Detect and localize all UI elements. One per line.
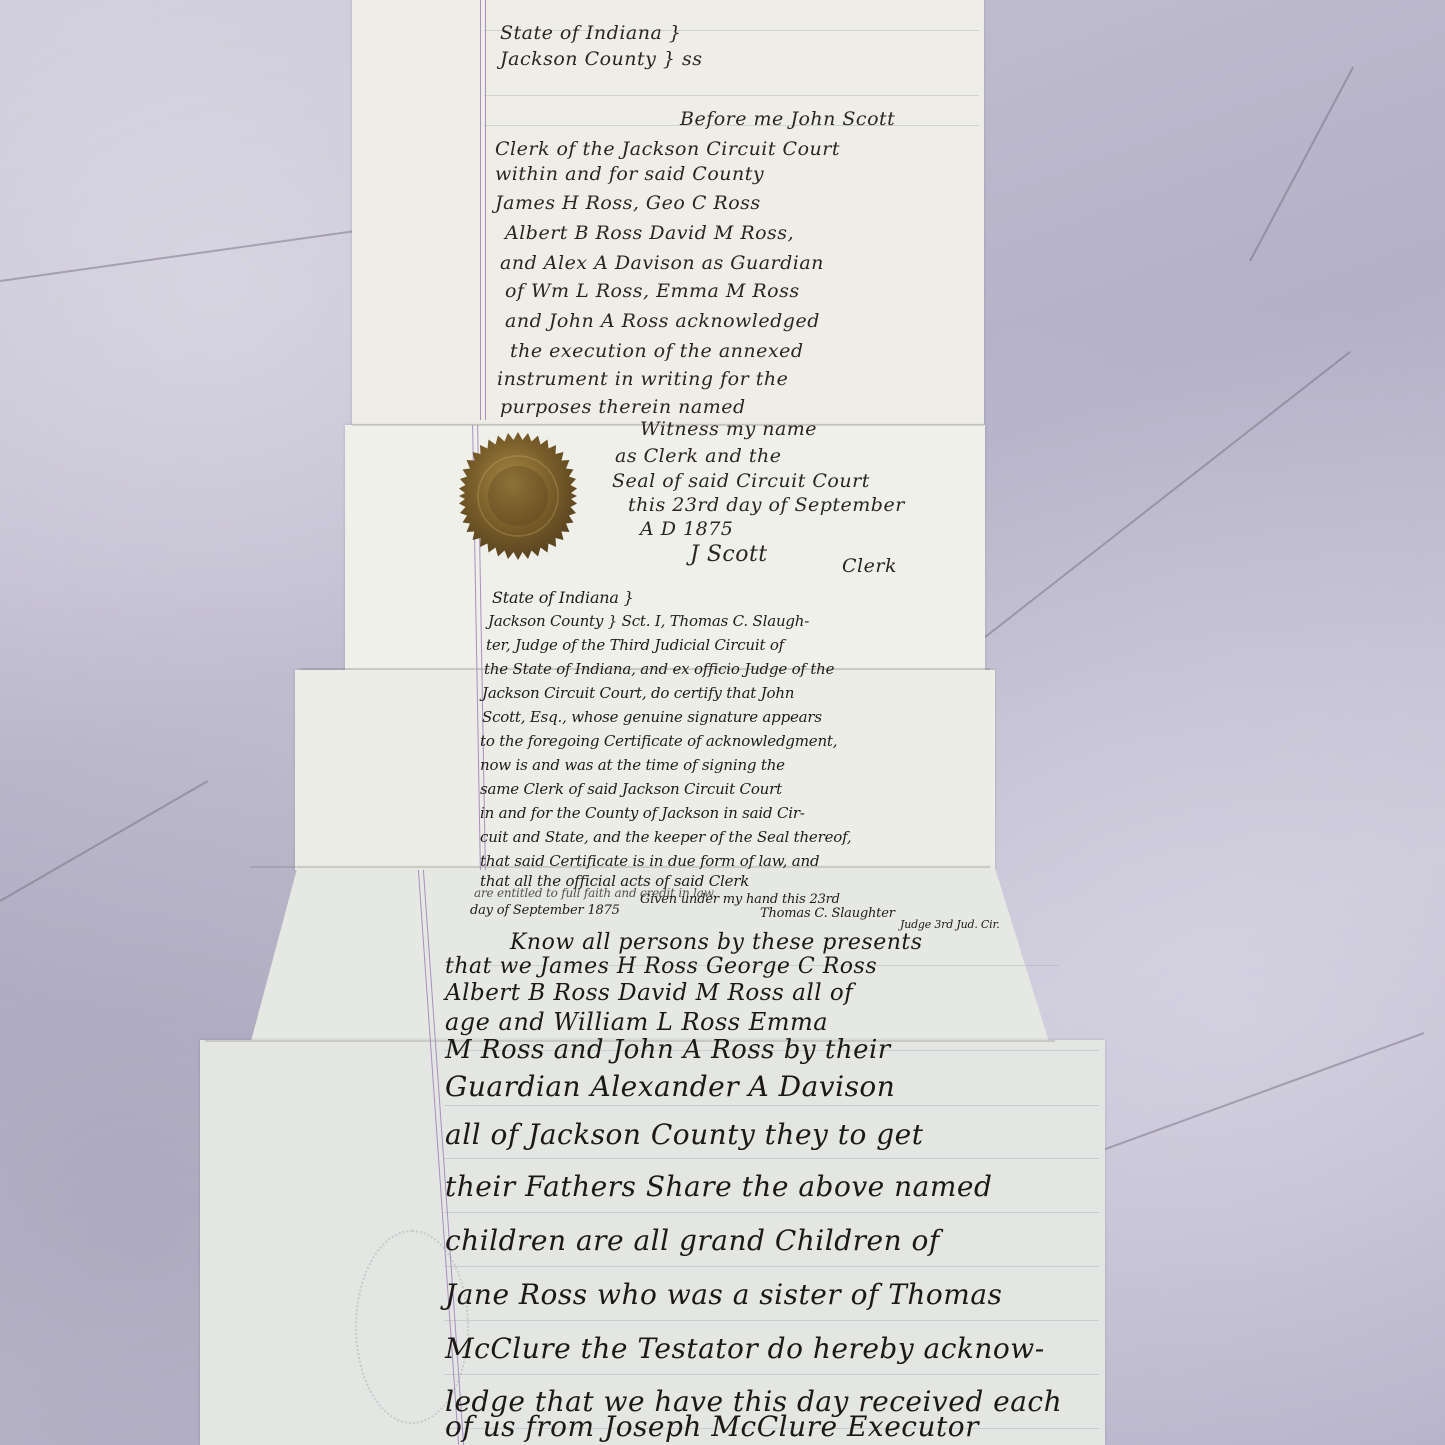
handwritten-line: that we James H Ross George C Ross bbox=[445, 954, 877, 979]
ruled-line bbox=[444, 1266, 1099, 1267]
handwritten-line: instrument in writing for the bbox=[497, 368, 788, 390]
handwritten-line: now is and was at the time of signing th… bbox=[480, 756, 785, 774]
handwritten-line: same Clerk of said Jackson Circuit Court bbox=[480, 780, 782, 798]
handwritten-line: Scott, Esq., whose genuine signature app… bbox=[482, 708, 822, 726]
handwritten-line: State of Indiana } bbox=[492, 588, 634, 607]
handwritten-line: Jackson County } Sct. I, Thomas C. Slaug… bbox=[488, 612, 809, 630]
handwritten-line: State of Indiana } bbox=[500, 22, 681, 44]
handwritten-line: James H Ross, Geo C Ross bbox=[495, 192, 761, 214]
handwritten-line: Clerk bbox=[842, 555, 897, 577]
handwritten-line: A D 1875 bbox=[640, 518, 733, 540]
handwritten-line: the State of Indiana, and ex officio Jud… bbox=[484, 660, 834, 678]
handwritten-line: Albert B Ross David M Ross all of bbox=[445, 980, 853, 1006]
handwritten-line: Before me John Scott bbox=[680, 108, 895, 130]
handwritten-line: as Clerk and the bbox=[615, 445, 782, 467]
handwritten-line: their Fathers Share the above named bbox=[445, 1170, 992, 1203]
handwritten-line: Jackson Circuit Court, do certify that J… bbox=[482, 684, 794, 702]
handwritten-line: age and William L Ross Emma bbox=[445, 1008, 828, 1036]
ruled-line bbox=[484, 95, 979, 96]
handwritten-line: all of Jackson County they to get bbox=[445, 1118, 924, 1151]
handwritten-line: McClure the Testator do hereby acknow- bbox=[445, 1332, 1045, 1365]
handwritten-line: ter, Judge of the Third Judicial Circuit… bbox=[486, 636, 784, 654]
handwritten-line: Know all persons by these presents bbox=[510, 930, 923, 955]
clerk-signature: J Scott bbox=[690, 542, 768, 567]
handwritten-line: children are all grand Children of bbox=[445, 1224, 940, 1257]
handwritten-line: of Wm L Ross, Emma M Ross bbox=[505, 280, 800, 302]
judge-signature: Thomas C. Slaughter bbox=[760, 906, 895, 921]
handwritten-line: Jackson County } ss bbox=[500, 48, 703, 70]
court-seal bbox=[452, 430, 584, 562]
handwritten-line: Seal of said Circuit Court bbox=[612, 470, 870, 492]
handwritten-line: Jane Ross who was a sister of Thomas bbox=[445, 1278, 1002, 1311]
handwritten-line: within and for said County bbox=[495, 163, 764, 185]
margin-line bbox=[480, 0, 486, 420]
handwritten-line: that said Certificate is in due form of … bbox=[480, 852, 819, 870]
ruled-line bbox=[444, 1320, 1099, 1321]
handwritten-line: purposes therein named bbox=[500, 396, 746, 418]
ruled-line bbox=[444, 1212, 1099, 1213]
handwritten-line: this 23rd day of September bbox=[628, 494, 905, 516]
handwritten-line: Witness my name bbox=[640, 418, 817, 440]
handwritten-line: to the foregoing Certificate of acknowle… bbox=[480, 732, 837, 750]
ruled-line bbox=[444, 1105, 1099, 1106]
handwritten-line: Guardian Alexander A Davison bbox=[445, 1070, 895, 1103]
ruled-line bbox=[444, 1374, 1099, 1375]
ruled-line bbox=[444, 1158, 1099, 1159]
handwritten-line: Clerk of the Jackson Circuit Court bbox=[495, 138, 840, 160]
gold-foil-seal-icon bbox=[452, 430, 584, 562]
handwritten-line: of us from Joseph McClure Executor bbox=[445, 1410, 979, 1443]
handwritten-line: M Ross and John A Ross by their bbox=[445, 1035, 891, 1065]
handwritten-line: and John A Ross acknowledged bbox=[505, 310, 820, 332]
handwritten-line: day of September 1875 bbox=[470, 903, 620, 918]
handwritten-line: cuit and State, and the keeper of the Se… bbox=[480, 828, 851, 846]
handwritten-line: Albert B Ross David M Ross, bbox=[505, 222, 794, 244]
handwritten-line: in and for the County of Jackson in said… bbox=[480, 804, 805, 822]
handwritten-line: the execution of the annexed bbox=[510, 340, 804, 362]
handwritten-line: and Alex A Davison as Guardian bbox=[500, 252, 824, 274]
handwritten-line: Given under my hand this 23rd bbox=[640, 892, 840, 907]
